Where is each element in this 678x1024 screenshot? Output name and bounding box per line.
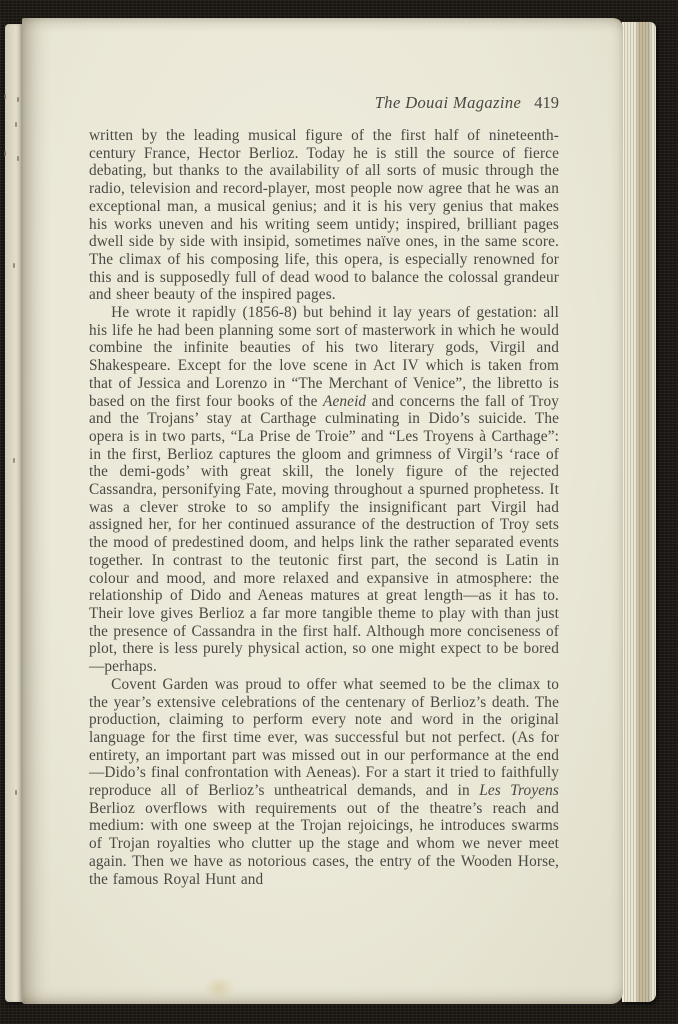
paragraph: written by the leading musical figure of… [89,127,559,304]
stitch-mark [15,122,17,127]
running-header: The Douai Magazine419 [89,93,559,113]
paper-stain [203,976,235,1000]
paragraph: He wrote it rapidly (1856-8) but behind … [89,304,559,676]
text-block: written by the leading musical figure of… [89,127,559,888]
previous-page-edge [5,24,22,1002]
journal-title: The Douai Magazine [375,93,522,112]
page-stack-edge [622,22,656,1002]
stitch-mark [13,458,15,463]
stitch-mark [13,263,15,268]
stitch-mark [15,790,17,795]
paragraph: Covent Garden was proud to offer what se… [89,676,559,888]
stitch-mark [4,94,6,99]
book-photo: The Douai Magazine419 written by the lea… [0,0,678,1024]
book-page: The Douai Magazine419 written by the lea… [22,18,623,1004]
stitch-mark [4,151,6,156]
stitch-mark [17,97,19,102]
stitch-mark [17,156,19,161]
page-number: 419 [534,93,559,112]
